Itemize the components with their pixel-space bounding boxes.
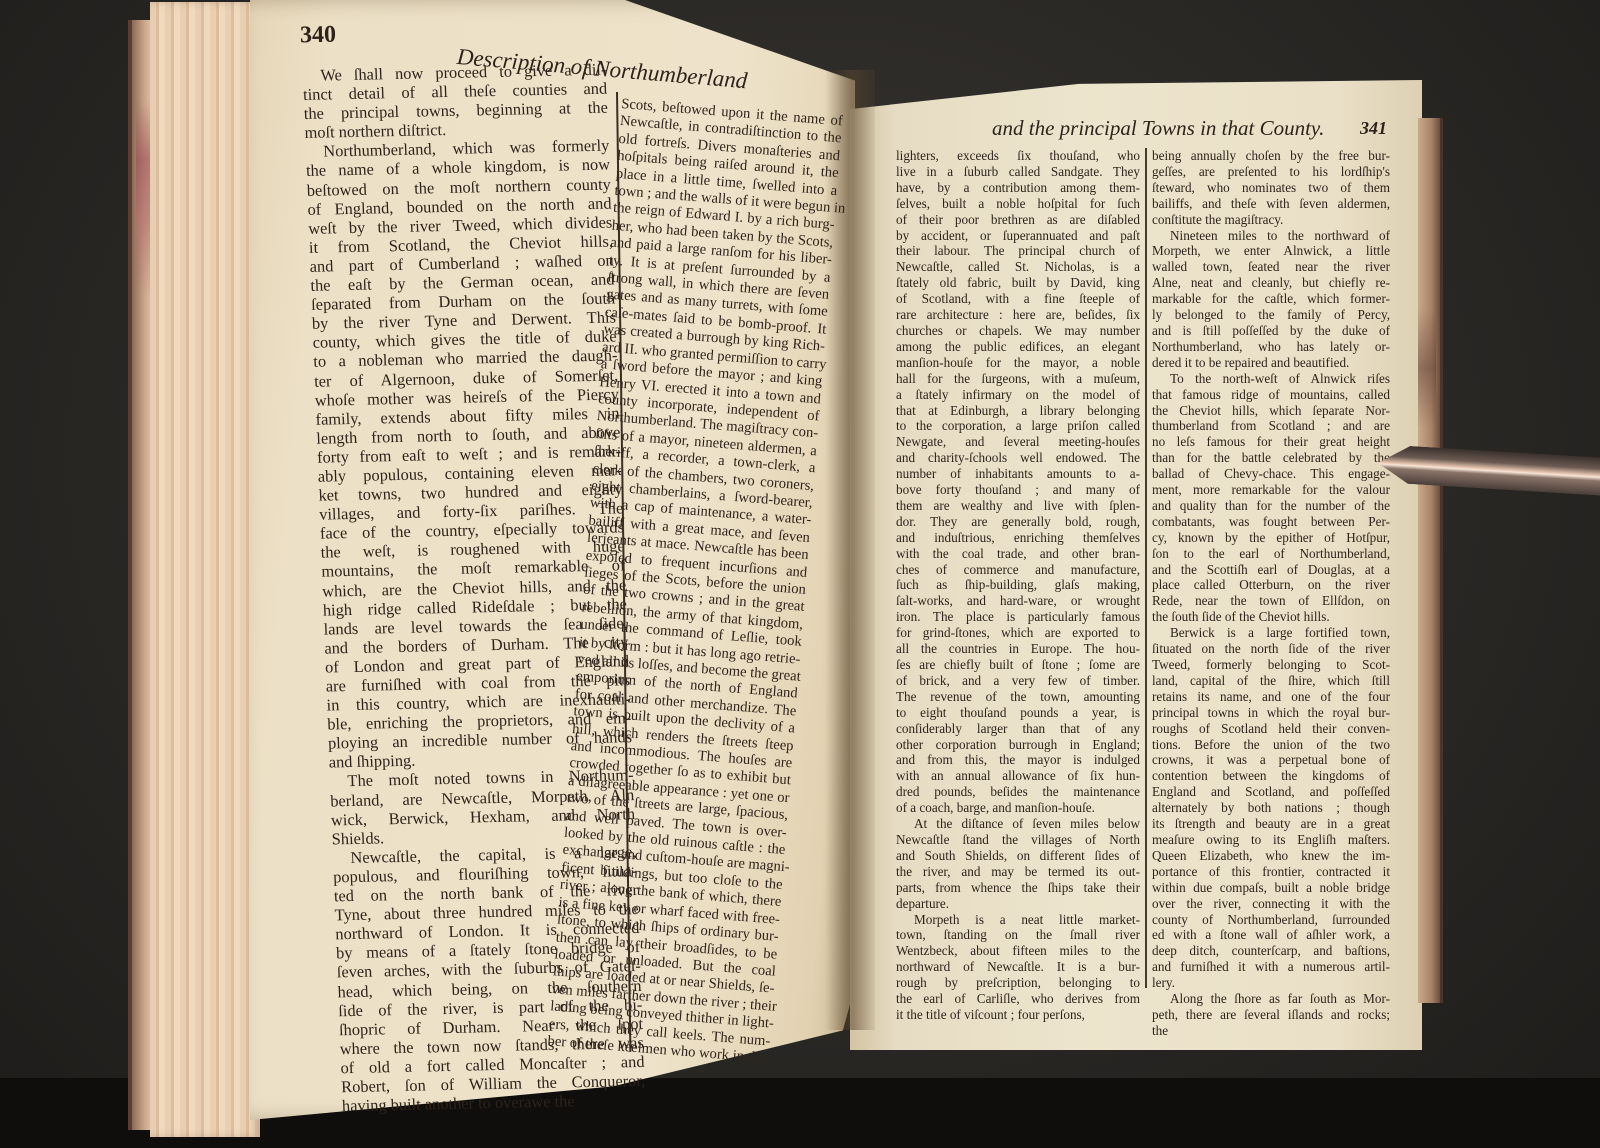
- text-line: ſuch as ſhip-building, glaſs making,: [896, 577, 1140, 593]
- text-line: the earl of Carliſle, who derives from: [896, 991, 1140, 1007]
- right-book-edge: [1418, 118, 1443, 1003]
- text-line: markable for the caſtle, which former-: [1152, 291, 1390, 307]
- text-line: ſituated on the north ſide of the river: [1152, 641, 1390, 657]
- text-line: ballad of Chevy-chace. This engage-: [1152, 466, 1390, 482]
- text-line: and induſtrious, enriching themſelves: [896, 530, 1140, 546]
- text-line: Morpeth is a neat little market-: [896, 912, 1140, 928]
- text-line: place called Otterburn, on the river: [1152, 577, 1390, 593]
- text-line: dered it to be repaired and beautified.: [1152, 355, 1390, 371]
- text-line: lery.: [1152, 975, 1390, 991]
- text-line: live in a ſuburb called Sandgate. They: [896, 164, 1140, 180]
- text-line: Newcaſtle ſtand the villages of North: [896, 832, 1140, 848]
- text-line: northward of Newcaſtle. It is a bur-: [896, 959, 1140, 975]
- text-line: bove forty thouſand ; and many of: [896, 482, 1140, 498]
- text-line: their labour. The principal church of: [896, 243, 1140, 259]
- text-line: the: [1152, 1023, 1390, 1039]
- text-line: principal towns in which the royal bur-: [1152, 705, 1390, 721]
- text-line: and the Scottiſh earl of Douglas, at a: [1152, 562, 1390, 578]
- text-line: churches or chapels. We may number: [896, 323, 1140, 339]
- text-line: Berwick is a large fortified town,: [1152, 625, 1390, 641]
- text-line: to the corporation, a large priſon calle…: [896, 418, 1140, 434]
- text-line: hall for the ſurgeons, with a muſeum,: [896, 371, 1140, 387]
- text-line: thumberland from Scotland ; and are: [1152, 418, 1390, 434]
- text-line: ſalt-works, and hard-ware, or wrought: [896, 593, 1140, 609]
- text-line: it the title of viſcount ; four perſons,: [896, 1007, 1140, 1023]
- text-line: with the coal trade, and other bran-: [896, 546, 1140, 562]
- text-line: lighters, exceeds ſix thouſand, who: [896, 148, 1140, 164]
- text-line: have, by a contribution among them-: [896, 180, 1140, 196]
- text-line: rare architecture : here are, beſides, ſ…: [896, 307, 1140, 323]
- text-line: for grind-ſtones, which are exported to: [896, 625, 1140, 641]
- text-line: roughs of Scotland held their conven-: [1152, 721, 1390, 737]
- text-line: the river, and may be termed its out-: [896, 864, 1140, 880]
- text-line: town, ſtanding on the ſmall river: [896, 927, 1140, 943]
- text-line: Rede, near the town of Ellſdon, on: [1152, 593, 1390, 609]
- text-line: being annually choſen by the free bur-: [1152, 148, 1390, 164]
- text-line: by accident, or ſuperannuated and paſt: [896, 228, 1140, 244]
- text-line: Nineteen miles to the northward of: [1152, 228, 1390, 244]
- text-line: At the diſtance of ſeven miles below: [896, 816, 1140, 832]
- text-line: crowns, it was a perpetual bone of: [1152, 752, 1390, 768]
- text-line: and is ſtill poſſeſſed by the duke of: [1152, 323, 1390, 339]
- text-line: ſteward, who nominates two of them: [1152, 180, 1390, 196]
- text-line: a ſtately infirmary on the model of: [896, 387, 1140, 403]
- text-line: no leſs famous for their great height: [1152, 434, 1390, 450]
- text-line: with an annual allowance of ſix hun-: [896, 768, 1140, 784]
- text-line: of a coach, barge, and manſion-houſe.: [896, 800, 1140, 816]
- text-line: walled town, ſeated near the river: [1152, 259, 1390, 275]
- text-line: ly belonged to the family of Percy,: [1152, 307, 1390, 323]
- text-line: ſes are chiefly built of ſtone ; ſome ar…: [896, 657, 1140, 673]
- text-line: ſtately old fabric, built by David, king: [896, 275, 1140, 291]
- text-line: over the river, connecting it with the: [1152, 896, 1390, 912]
- text-line: parts, from whence the ſhips take their: [896, 880, 1140, 896]
- text-line: within due compaſs, built a noble bridge: [1152, 880, 1390, 896]
- text-line: other corporation burrough in England;: [896, 737, 1140, 753]
- text-line: all the countries in Europe. The hou-: [896, 641, 1140, 657]
- text-line: England and Scotland, and poſſeſſed: [1152, 784, 1390, 800]
- text-line: Alne, neat and cleanly, but chiefly re-: [1152, 275, 1390, 291]
- text-line: Queen Elizabeth, who knew the im-: [1152, 848, 1390, 864]
- text-line: among the public edifices, an elegant: [896, 339, 1140, 355]
- text-line: and furniſhed it with a numerous artil-: [1152, 959, 1390, 975]
- text-line: combatants, was fought between Per-: [1152, 514, 1390, 530]
- left-page-number: 340: [300, 22, 336, 50]
- text-line: deep ditch, counterſcarp, and baſtions,: [1152, 943, 1390, 959]
- text-line: dor. They are generally bold, rough,: [896, 514, 1140, 530]
- text-line: To the north-weſt of Alnwick riſes: [1152, 371, 1390, 387]
- text-line: tions. Before the union of the two: [1152, 737, 1390, 753]
- edge-stain: [1418, 308, 1436, 428]
- text-line: Newcaſtle, called St. Nicholas, is a: [896, 259, 1140, 275]
- text-line: Newgate, and ſeveral meeting-houſes: [896, 434, 1140, 450]
- edge-stain: [136, 100, 150, 300]
- text-line: rough by preſcription, belonging to: [896, 975, 1140, 991]
- text-line: iron. The place is particularly famous: [896, 609, 1140, 625]
- text-line: Along the ſhore as far ſouth as Mor-: [1152, 991, 1390, 1007]
- text-line: manſion-houſe for the mayor, a noble: [896, 355, 1140, 371]
- text-line: contention between the kingdoms of: [1152, 768, 1390, 784]
- text-line: dred pounds, beſides the maintenance: [896, 784, 1140, 800]
- text-line: and quality than for the number of the: [1152, 498, 1390, 514]
- text-line: county of Northumberland, ſurrounded: [1152, 912, 1390, 928]
- text-line: the Cheviot hills, which ſeparate Nor-: [1152, 403, 1390, 419]
- text-line: conſiderably larger than that of any: [896, 721, 1140, 737]
- text-line: than for the battle celebrated by the: [1152, 450, 1390, 466]
- text-line: ches of commerce and manufacture,: [896, 562, 1140, 578]
- text-line: land, capital of the ſhire, which ſtill: [1152, 673, 1390, 689]
- text-line: Wentzbeck, about fifteen miles to the: [896, 943, 1140, 959]
- text-line: number of inhabitants amounts to a-: [896, 466, 1140, 482]
- text-line: and charity-ſchools well endowed. The: [896, 450, 1140, 466]
- text-line: its ſtrength and beauty are in a great: [1152, 816, 1390, 832]
- text-line: ment, more remarkable for the valour: [1152, 482, 1390, 498]
- text-line: bailiffs, and theſe with ſeven aldermen,: [1152, 196, 1390, 212]
- text-line: and from this, the mayor is indulged: [896, 752, 1140, 768]
- text-line: departure.: [896, 896, 1140, 912]
- text-line: Morpeth, we enter Alnwick, a little: [1152, 243, 1390, 259]
- right-page-column-1: lighters, exceeds ſix thouſand, wholive …: [896, 148, 1140, 1023]
- text-line: the ſouth ſide of the Cheviot hills.: [1152, 609, 1390, 625]
- text-line: peth, there are ſeveral iſlands and rock…: [1152, 1007, 1390, 1023]
- letter-opener-blade: [1377, 444, 1600, 498]
- text-line: of brick, and a very few of timber.: [896, 673, 1140, 689]
- text-line: Tweed, formerly belonging to Scot-: [1152, 657, 1390, 673]
- text-line: of Scotland, with a fine ſteeple of: [896, 291, 1140, 307]
- text-line: alternately by both nations ; though: [1152, 800, 1390, 816]
- text-line: The revenue of the town, amounting: [896, 689, 1140, 705]
- text-line: cy, known by the epither of Hotſpur,: [1152, 530, 1390, 546]
- text-line: Northumberland, who has lately or-: [1152, 339, 1390, 355]
- text-line: meaſure owing to its Engliſh maſters.: [1152, 832, 1390, 848]
- text-line: retains its name, and one of the four: [1152, 689, 1390, 705]
- right-page-column-2: being annually choſen by the free bur-ge…: [1152, 148, 1390, 1039]
- text-line: and South Shields, on different ſides of: [896, 848, 1140, 864]
- text-line: portance of this frontier, contracted it: [1152, 864, 1390, 880]
- text-line: conſtitute the magiſtracy.: [1152, 212, 1390, 228]
- text-line: ed with a ſtone wall of aſhler work, a: [1152, 927, 1390, 943]
- text-line: them are wealthy and live with ſplen-: [896, 498, 1140, 514]
- text-line: ſon to the earl of Northumberland,: [1152, 546, 1390, 562]
- right-page-number: 341: [1360, 118, 1387, 139]
- right-running-head: and the principal Towns in that County.: [992, 116, 1324, 141]
- text-line: geſſes, are preſented to his lordſhip's: [1152, 164, 1390, 180]
- text-line: ſelves, built a noble hoſpital for ſuch: [896, 196, 1140, 212]
- text-line: that at Edinburgh, a library belonging: [896, 403, 1140, 419]
- text-line: to eight thouſand pounds a year, is: [896, 705, 1140, 721]
- column-rule: [1145, 148, 1147, 988]
- left-page-stack: [150, 2, 260, 1137]
- text-line: that famous ridge of mountains, called: [1152, 387, 1390, 403]
- text-line: of their poor brethren as are diſabled: [896, 212, 1140, 228]
